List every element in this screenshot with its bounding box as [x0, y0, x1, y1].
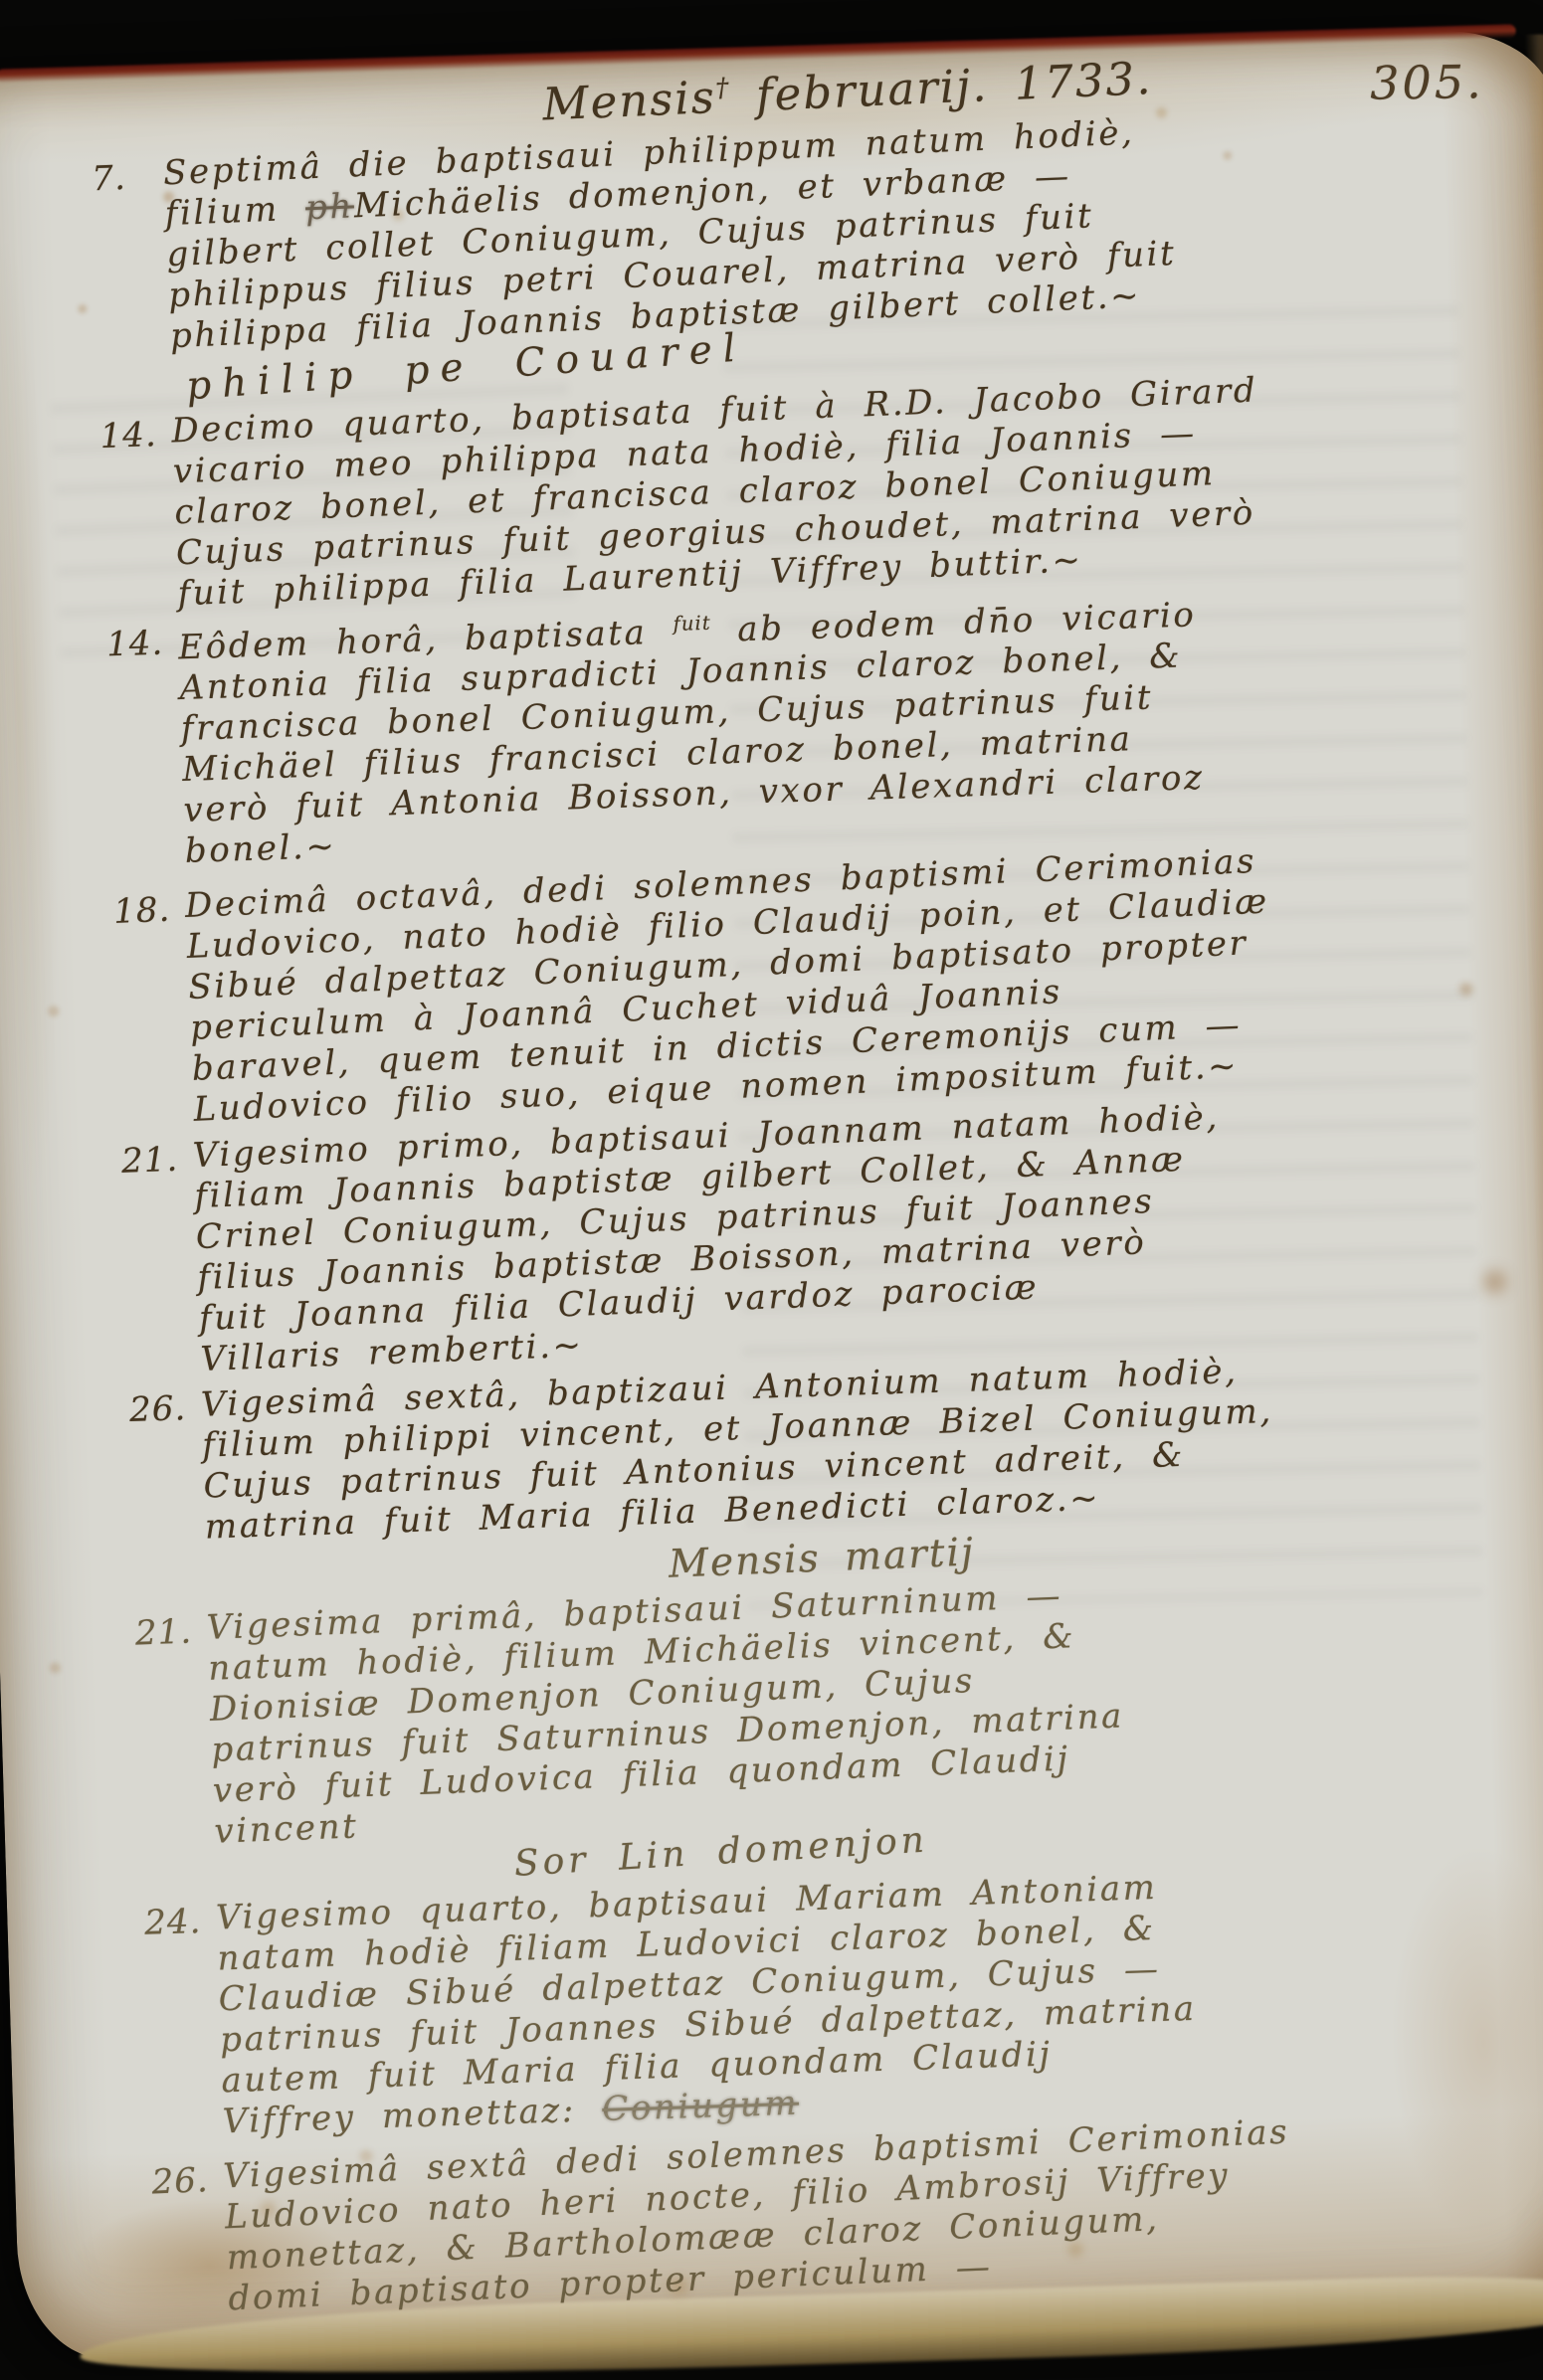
entry-text: Vigesima primâ, baptisaui Saturninum —na…: [206, 1558, 1543, 1894]
baptism-entry: 14.Eôdem horâ, baptisata fuit ab eodem d…: [105, 577, 1517, 875]
entry-text: Vigesimo quarto, baptisaui Mariam Antoni…: [216, 1856, 1543, 2143]
register-entries: Mensis† februarij. 1733.7.Septimâ die ba…: [91, 46, 1543, 2322]
entry-day-number: 14.: [105, 620, 178, 664]
inserted-word: fuit: [673, 612, 711, 636]
entry-day-number: 18.: [112, 886, 186, 932]
entry-day-number: 7.: [91, 153, 164, 199]
entry-text: Decimo quarto, baptisata fuit à R.D. Jac…: [171, 361, 1511, 615]
entry-day-number: 24.: [144, 1899, 217, 1943]
entry-text: Septimâ die baptisaui philippum natum ho…: [162, 97, 1504, 406]
entry-day-number: 14.: [99, 411, 173, 457]
baptism-entry: 21.Vigesima primâ, baptisaui Saturninum …: [134, 1558, 1543, 1897]
entry-text: Eôdem horâ, baptisata fuit ab eodem dn̄o…: [177, 577, 1518, 872]
inserted-word: †: [715, 73, 730, 103]
baptism-entry: 18.Decimâ octavâ, dedi solemnes baptismi…: [112, 830, 1526, 1134]
entry-day-number: 21.: [120, 1136, 194, 1182]
struck-word: Coniugum: [602, 2084, 800, 2129]
entry-day-number: 26.: [151, 2157, 225, 2203]
baptism-entry: 21.Vigesimo primo, baptisaui Joannam nat…: [120, 1086, 1533, 1383]
photo-backdrop: 305. Mensis† februarij. 1733.7.Septimâ d…: [0, 0, 1543, 2380]
struck-word: ph: [304, 186, 355, 228]
baptism-entry: 24.Vigesimo quarto, baptisaui Mariam Ant…: [144, 1856, 1543, 2145]
month-heading: Mensis martij: [668, 1531, 976, 1587]
entry-day-number: 26.: [128, 1385, 201, 1430]
entry-day-number: 21.: [134, 1608, 208, 1654]
baptism-entry: 7.Septimâ die baptisaui philippum natum …: [91, 97, 1504, 409]
entry-text: Decimâ octavâ, dedi solemnes baptismi Ce…: [184, 830, 1526, 1131]
manuscript-page: 305. Mensis† februarij. 1733.7.Septimâ d…: [0, 28, 1543, 2362]
entry-text: Vigesimâ sextâ, baptizaui Antonium natum…: [200, 1343, 1538, 1549]
entry-text: Vigesimo primo, baptisaui Joannam natam …: [192, 1086, 1533, 1380]
